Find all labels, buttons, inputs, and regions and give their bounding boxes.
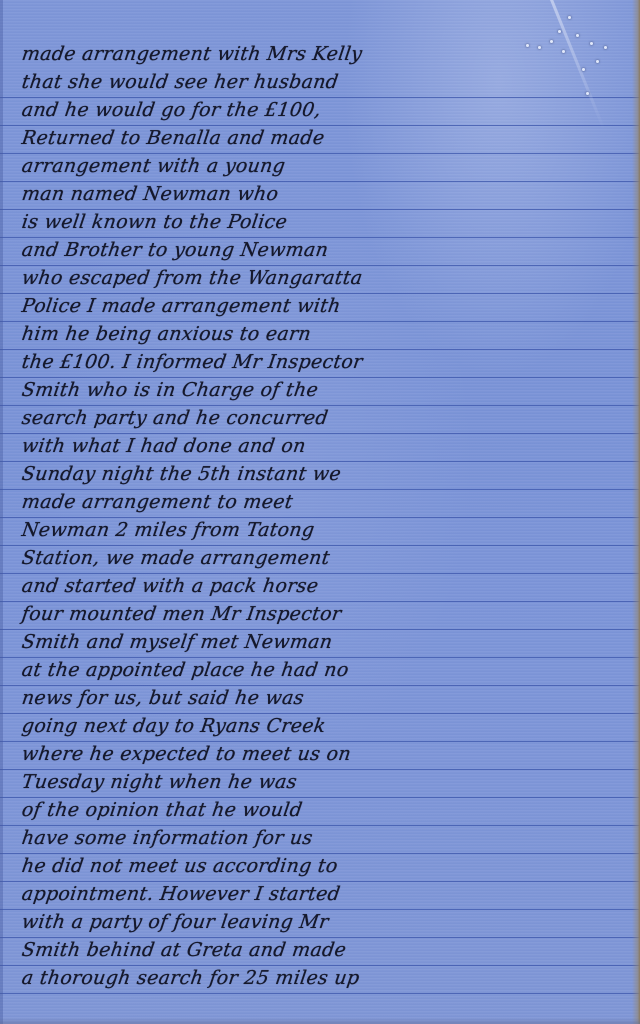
text-line: who escaped from the Wangaratta xyxy=(20,264,484,292)
text-line: made arrangement to meet xyxy=(20,488,484,516)
text-line: Returned to Benalla and made xyxy=(20,124,484,152)
paper-edge-bottom xyxy=(0,1018,640,1024)
text-line: Newman 2 miles from Tatong xyxy=(20,516,484,544)
text-line: have some information for us xyxy=(20,824,484,852)
text-line: Smith who is in Charge of the xyxy=(20,376,484,404)
text-line: and started with a pack horse xyxy=(20,572,484,600)
text-line: search party and he concurred xyxy=(20,404,484,432)
text-line: and he would go for the £100, xyxy=(20,96,484,124)
text-line: a thorough search for 25 miles up xyxy=(20,964,484,992)
text-line: Smith and myself met Newman xyxy=(20,628,484,656)
text-line: where he expected to meet us on xyxy=(20,740,484,768)
text-line: made arrangement with Mrs Kelly xyxy=(20,40,484,68)
text-line: Sunday night the 5th instant we xyxy=(20,460,484,488)
text-line: four mounted men Mr Inspector xyxy=(20,600,484,628)
pin-holes xyxy=(510,10,630,100)
text-line: he did not meet us according to xyxy=(20,852,484,880)
text-line: Station, we made arrangement xyxy=(20,544,484,572)
paper-edge-left xyxy=(0,0,3,1024)
text-line: at the appointed place he had no xyxy=(20,656,484,684)
text-line: Tuesday night when he was xyxy=(20,768,484,796)
text-line: arrangement with a young xyxy=(20,152,484,180)
text-line: with a party of four leaving Mr xyxy=(20,908,484,936)
text-line: with what I had done and on xyxy=(20,432,484,460)
text-line: and Brother to young Newman xyxy=(20,236,484,264)
text-line: the £100. I informed Mr Inspector xyxy=(20,348,484,376)
text-line: of the opinion that he would xyxy=(20,796,484,824)
text-line: man named Newman who xyxy=(20,180,484,208)
text-line: going next day to Ryans Creek xyxy=(20,712,484,740)
handwritten-text: made arrangement with Mrs Kelly that she… xyxy=(20,40,480,992)
text-line: him he being anxious to earn xyxy=(20,320,484,348)
text-line: appointment. However I started xyxy=(20,880,484,908)
paper-edge-right xyxy=(632,0,640,1024)
text-line: that she would see her husband xyxy=(20,68,484,96)
text-line: is well known to the Police xyxy=(20,208,484,236)
manuscript-page: made arrangement with Mrs Kelly that she… xyxy=(0,0,640,1024)
text-line: news for us, but said he was xyxy=(20,684,484,712)
text-line: Smith behind at Greta and made xyxy=(20,936,484,964)
text-line: Police I made arrangement with xyxy=(20,292,484,320)
